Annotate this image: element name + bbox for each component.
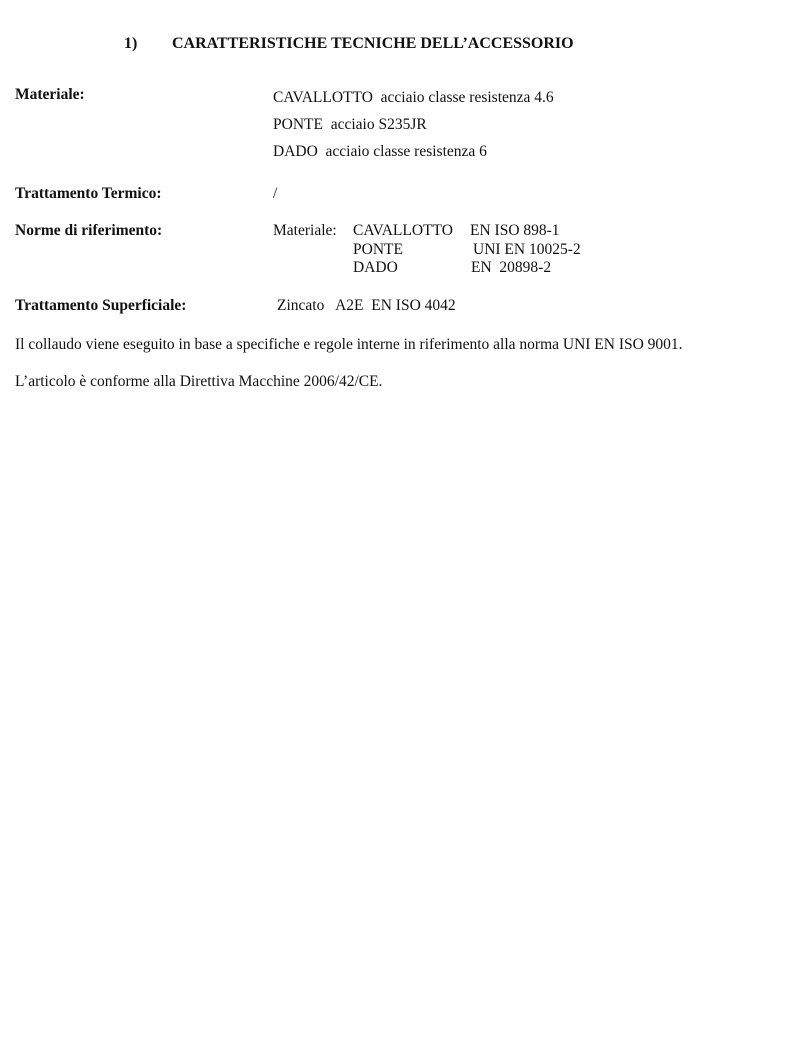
materiale-label: Materiale: [15, 86, 85, 104]
norme-prefix: Materiale: [273, 222, 337, 240]
norme-standard-cavallotto: EN ISO 898-1 [470, 222, 560, 240]
trattamento-superficiale-label: Trattamento Superficiale: [15, 297, 186, 315]
norme-label: Norme di riferimento: [15, 222, 162, 240]
norme-part-dado: DADO [353, 259, 398, 277]
trattamento-superficiale-value: Zincato A2E EN ISO 4042 [277, 297, 456, 315]
materiale-value-cavallotto: CAVALLOTTO acciaio classe resistenza 4.6 [273, 89, 554, 107]
norme-standard-dado: EN 20898-2 [471, 259, 551, 277]
materiale-value-ponte: PONTE acciaio S235JR [273, 116, 427, 134]
materiale-value-dado: DADO acciaio classe resistenza 6 [273, 143, 487, 161]
trattamento-termico-value: / [273, 185, 277, 203]
norme-part-cavallotto: CAVALLOTTO [353, 222, 453, 240]
trattamento-termico-label: Trattamento Termico: [15, 185, 162, 203]
section-number: 1) [124, 35, 137, 53]
collaudo-paragraph: Il collaudo viene eseguito in base a spe… [15, 335, 686, 354]
section-title: CARATTERISTICHE TECNICHE DELL’ACCESSORIO [172, 35, 574, 53]
conformita-paragraph: L’articolo è conforme alla Direttiva Mac… [15, 373, 382, 391]
norme-standard-ponte: UNI EN 10025-2 [473, 241, 581, 259]
norme-part-ponte: PONTE [353, 241, 403, 259]
